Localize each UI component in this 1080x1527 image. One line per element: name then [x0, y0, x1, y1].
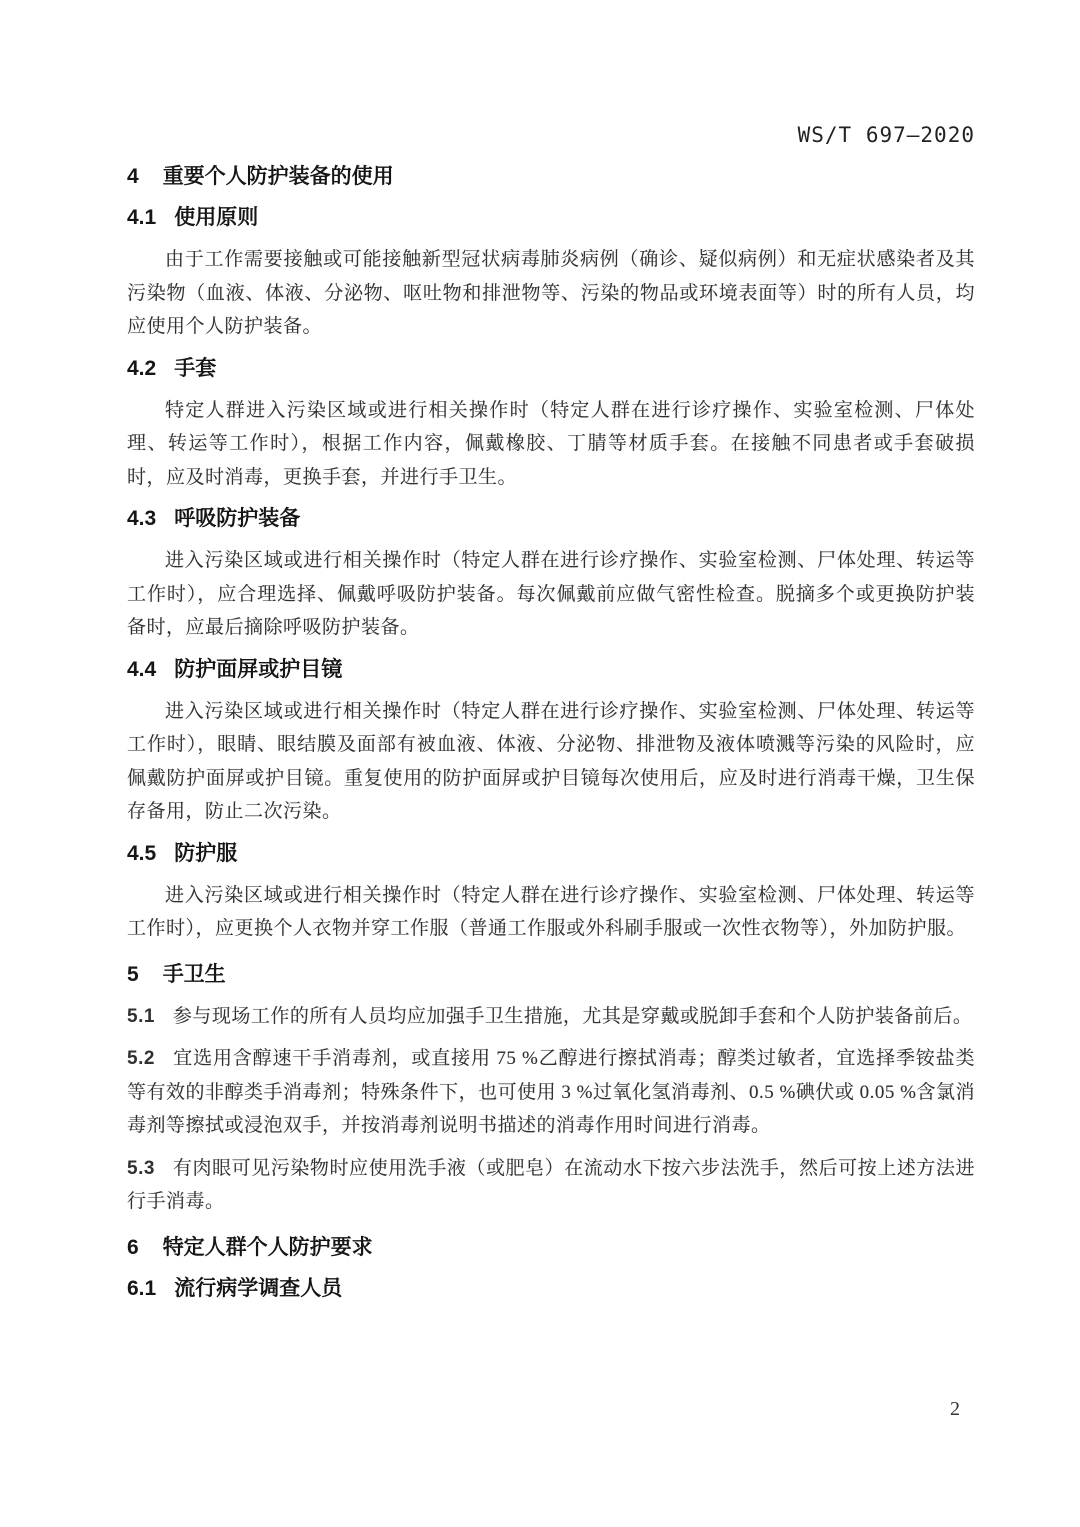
section-heading-4.3: 4.3呼吸防护装备: [127, 502, 975, 535]
section-heading-4.1: 4.1使用原则: [127, 201, 975, 234]
heading-title: 呼吸防护装备: [174, 507, 300, 530]
heading-title: 使用原则: [174, 206, 258, 229]
body-paragraph: 进入污染区域或进行相关操作时（特定人群在进行诊疗操作、实验室检测、尸体处理、转运…: [127, 879, 975, 946]
heading-title: 防护面屏或护目镜: [174, 658, 342, 681]
section-heading-4.2: 4.2手套: [127, 352, 975, 385]
clause-text: 宜选用含醇速干手消毒剂，或直接用 75 %乙醇进行擦拭消毒；醇类过敏者，宜选择季…: [127, 1048, 975, 1136]
heading-title: 重要个人防护装备的使用: [163, 165, 394, 188]
heading-number: 4: [127, 165, 139, 188]
heading-number: 4.4: [127, 658, 156, 681]
section-heading-4: 4重要个人防护装备的使用: [127, 160, 975, 193]
document-body: 4重要个人防护装备的使用4.1使用原则由于工作需要接触或可能接触新型冠状病毒肺炎…: [127, 160, 975, 1305]
clause-number: 5.3: [127, 1158, 155, 1179]
clause-text: 参与现场工作的所有人员均应加强手卫生措施，尤其是穿戴或脱卸手套和个人防护装备前后…: [173, 1006, 973, 1027]
heading-number: 5: [127, 963, 139, 986]
heading-number: 4.5: [127, 842, 156, 865]
body-paragraph: 特定人群进入污染区域或进行相关操作时（特定人群在进行诊疗操作、实验室检测、尸体处…: [127, 394, 975, 495]
section-heading-4.5: 4.5防护服: [127, 837, 975, 870]
heading-title: 防护服: [174, 842, 237, 865]
heading-title: 流行病学调查人员: [174, 1277, 342, 1300]
clause-paragraph-5.1: 5.1参与现场工作的所有人员均应加强手卫生措施，尤其是穿戴或脱卸手套和个人防护装…: [127, 1000, 975, 1034]
body-paragraph: 进入污染区域或进行相关操作时（特定人群在进行诊疗操作、实验室检测、尸体处理、转运…: [127, 695, 975, 829]
page-number: 2: [950, 1398, 960, 1421]
heading-number: 6.1: [127, 1277, 156, 1300]
heading-number: 6: [127, 1236, 139, 1259]
section-heading-6.1: 6.1流行病学调查人员: [127, 1272, 975, 1305]
standard-code-header: WS/T 697—2020: [127, 122, 975, 148]
section-heading-5: 5手卫生: [127, 958, 975, 991]
heading-number: 4.3: [127, 507, 156, 530]
document-page: WS/T 697—2020 4重要个人防护装备的使用4.1使用原则由于工作需要接…: [0, 0, 1080, 1527]
clause-number: 5.1: [127, 1006, 155, 1027]
heading-number: 4.1: [127, 206, 156, 229]
body-paragraph: 由于工作需要接触或可能接触新型冠状病毒肺炎病例（确诊、疑似病例）和无症状感染者及…: [127, 243, 975, 344]
heading-title: 特定人群个人防护要求: [163, 1236, 373, 1259]
clause-paragraph-5.3: 5.3有肉眼可见污染物时应使用洗手液（或肥皂）在流动水下按六步法洗手，然后可按上…: [127, 1152, 975, 1219]
section-heading-6: 6特定人群个人防护要求: [127, 1231, 975, 1264]
clause-text: 有肉眼可见污染物时应使用洗手液（或肥皂）在流动水下按六步法洗手，然后可按上述方法…: [127, 1158, 975, 1213]
heading-title: 手卫生: [163, 963, 226, 986]
clause-number: 5.2: [127, 1048, 155, 1069]
clause-paragraph-5.2: 5.2宜选用含醇速干手消毒剂，或直接用 75 %乙醇进行擦拭消毒；醇类过敏者，宜…: [127, 1042, 975, 1143]
section-heading-4.4: 4.4防护面屏或护目镜: [127, 653, 975, 686]
heading-number: 4.2: [127, 357, 156, 380]
heading-title: 手套: [174, 357, 216, 380]
body-paragraph: 进入污染区域或进行相关操作时（特定人群在进行诊疗操作、实验室检测、尸体处理、转运…: [127, 544, 975, 645]
